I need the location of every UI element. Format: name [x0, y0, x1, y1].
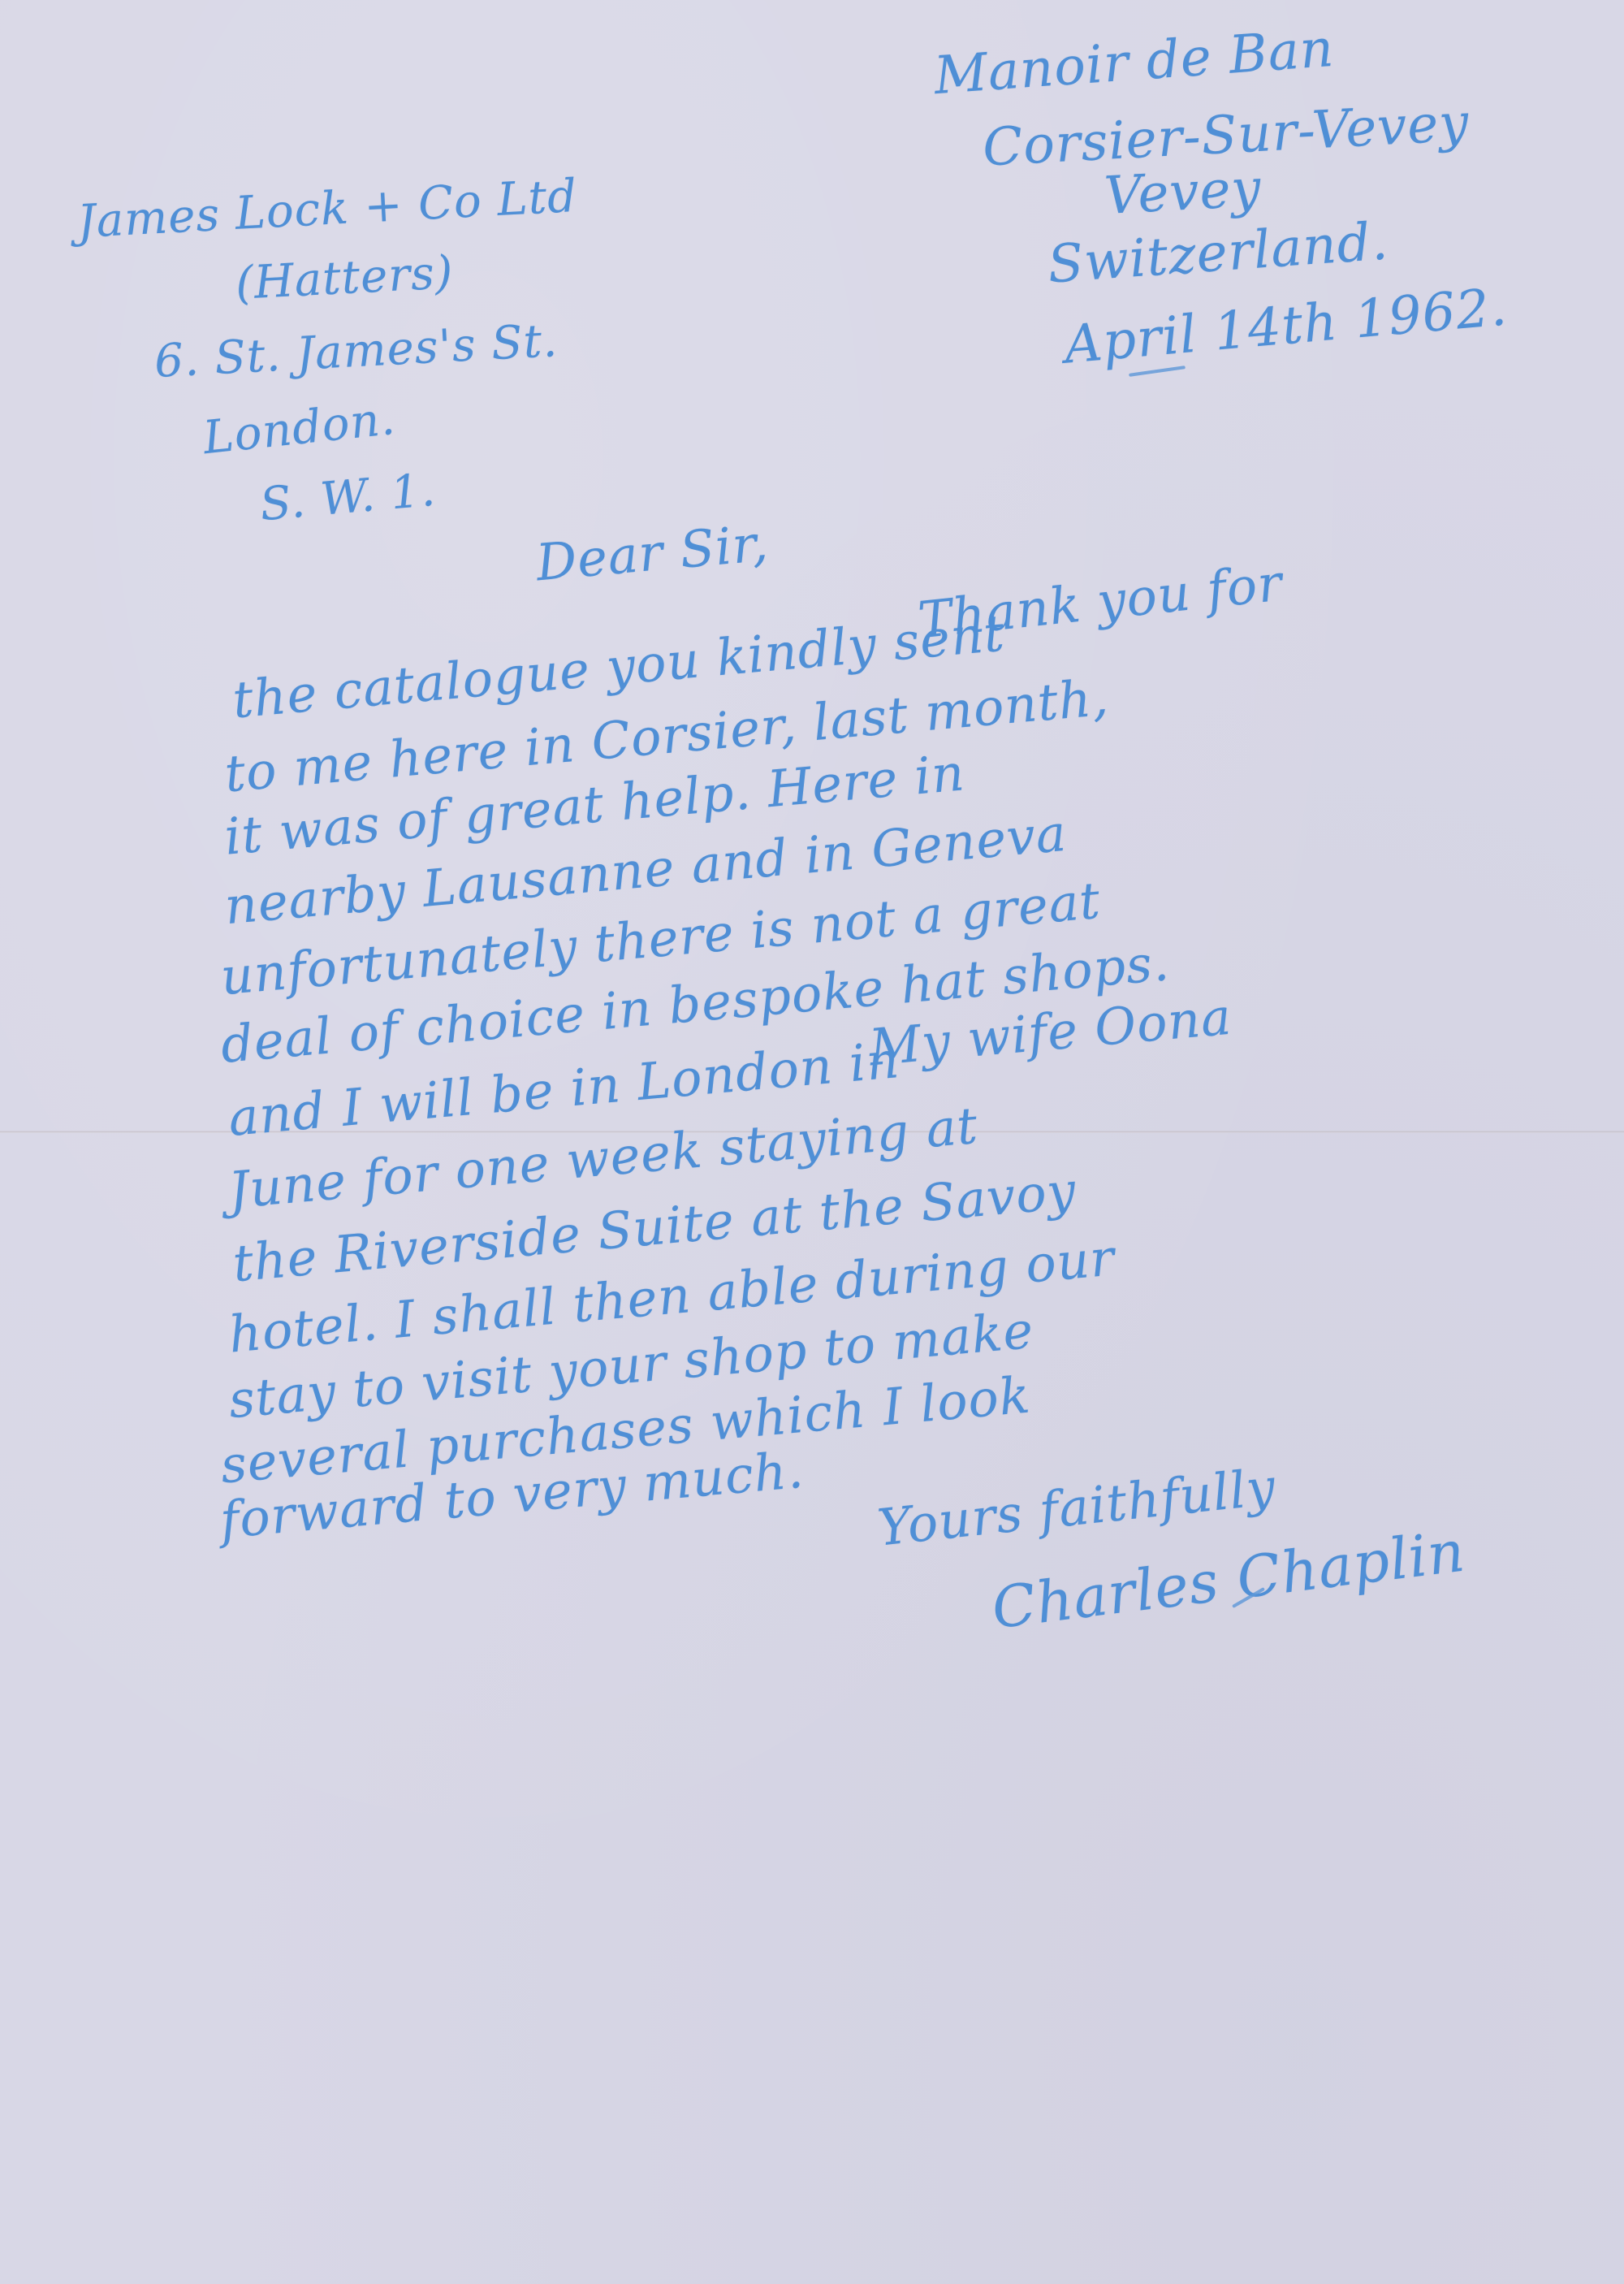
- recipient-address-line-2: (Hatters): [235, 250, 455, 307]
- sender-address-line-3: Vevey: [1103, 162, 1262, 223]
